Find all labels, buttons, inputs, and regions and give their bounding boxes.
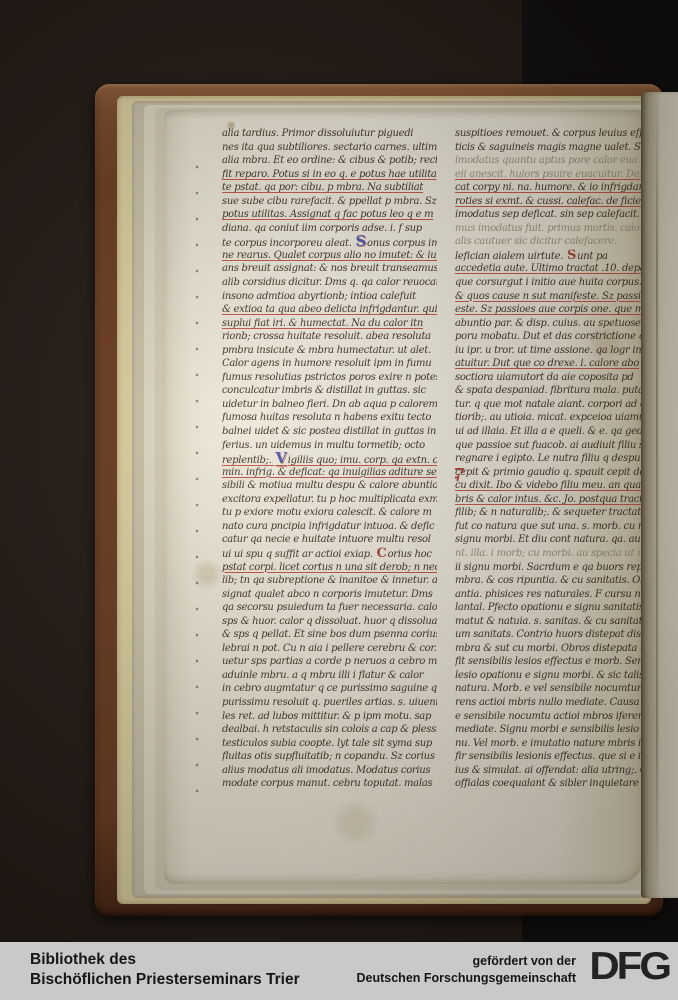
funding-credit: gefördert von der Deutschen Forschungsge… [357,953,577,987]
library-name-line1: Bibliothek des [30,950,300,970]
dfg-logo: DFG [589,944,669,988]
funding-credit-line1: gefördert von der [357,953,577,970]
photo-vignette [0,0,678,942]
funding-credit-line2: Deutschen Forschungsgemeinschaft [357,970,577,987]
photo-background: alia tardius. Primor dissoluiutur pigued… [0,0,678,942]
library-name-line2: Bischöflichen Priesterseminars Trier [30,970,300,990]
provenance-banner: Bibliothek des Bischöflichen Priestersem… [0,942,678,1000]
digitized-manuscript-scan: alia tardius. Primor dissoluiutur pigued… [0,0,678,1000]
library-name: Bibliothek des Bischöflichen Priestersem… [30,950,300,990]
